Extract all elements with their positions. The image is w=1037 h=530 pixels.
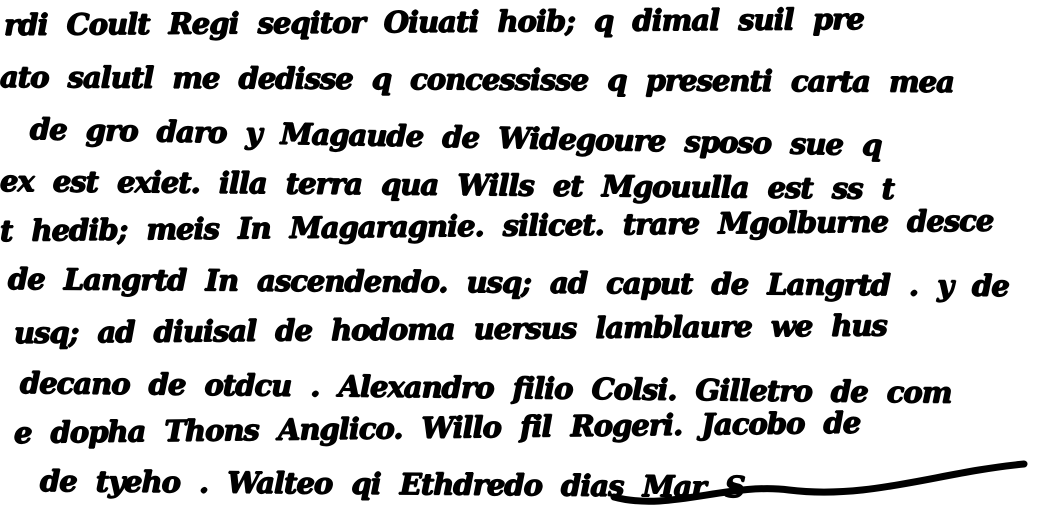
pen-flourish-icon xyxy=(609,442,1029,512)
manuscript-line: de Langrtd In ascendendo. usq; ad caput … xyxy=(8,262,1009,303)
manuscript-line: ato salutl me dedisse q concessisse q pr… xyxy=(0,60,954,99)
manuscript-line: usq; ad diuisal de hodoma uersus lamblau… xyxy=(14,308,887,350)
manuscript-line: t hedib; meis In Magaragnie. silicet. tr… xyxy=(0,204,993,248)
manuscript-line: de gro daro y Magaude de Widegoure sposo… xyxy=(30,112,882,162)
manuscript-line: decano de otdcu . Alexandro filio Colsi.… xyxy=(20,366,952,410)
manuscript-page: rdi Coult Regi seqitor Oiuati hoib; q di… xyxy=(0,0,1037,530)
manuscript-line: ex est exiet. illa terra qua Wills et Mg… xyxy=(0,164,894,206)
manuscript-line: rdi Coult Regi seqitor Oiuati hoib; q di… xyxy=(4,2,864,42)
